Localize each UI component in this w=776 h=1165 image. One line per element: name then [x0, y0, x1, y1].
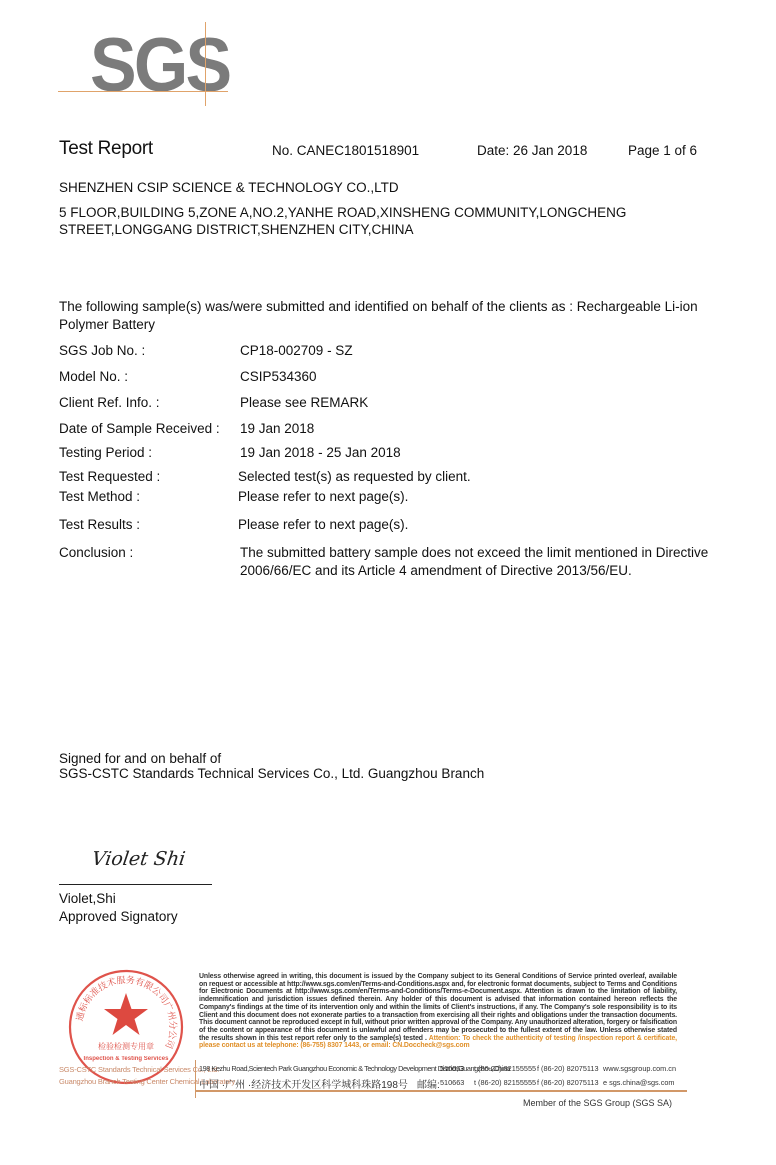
email-link[interactable]: e sgs.china@sgs.com: [603, 1078, 675, 1087]
field-value-job-no: CP18-002709 - SZ: [240, 342, 353, 360]
signing-company: SGS-CSTC Standards Technical Services Co…: [59, 765, 484, 783]
fax-cn: f (86-20) 82075113: [537, 1078, 599, 1087]
address-chinese: 中国 ·广州 ·经济技术开发区科学城科珠路198号: [199, 1076, 408, 1091]
sgs-logo: SGS: [58, 22, 228, 106]
field-label-test-requested: Test Requested :: [59, 468, 160, 486]
report-date: Date: 26 Jan 2018: [477, 143, 587, 158]
field-value-client-ref: Please see REMARK: [240, 394, 368, 412]
field-value-testing-period: 19 Jan 2018 - 25 Jan 2018: [240, 444, 401, 462]
postcode-cn: 510663: [440, 1078, 464, 1087]
handwritten-signature: Violet Shi: [90, 848, 186, 870]
sgs-group-membership: Member of the SGS Group (SGS SA): [523, 1098, 672, 1108]
field-label-job-no: SGS Job No. :: [59, 342, 145, 360]
field-value-conclusion-line2: 2006/66/EC and its Article 4 amendment o…: [240, 562, 632, 580]
sample-intro-line2: Polymer Battery: [59, 316, 155, 334]
field-label-client-ref: Client Ref. Info. :: [59, 394, 160, 412]
field-label-test-results: Test Results :: [59, 516, 140, 534]
svg-text:Inspection & Testing Services: Inspection & Testing Services: [84, 1056, 170, 1062]
field-value-test-results: Please refer to next page(s).: [238, 516, 408, 534]
field-value-date-received: 19 Jan 2018: [240, 420, 314, 438]
footer-vertical-rule: [195, 1060, 196, 1098]
field-value-test-method: Please refer to next page(s).: [238, 488, 408, 506]
field-label-date-received: Date of Sample Received :: [59, 420, 220, 438]
svg-text:检验检测专用章: 检验检测专用章: [98, 1041, 154, 1051]
page-indicator: Page 1 of 6: [628, 143, 697, 158]
terms-text: Unless otherwise agreed in writing, this…: [199, 973, 677, 1042]
field-label-test-method: Test Method :: [59, 488, 140, 506]
telephone-en: t (86-20) 82155555: [474, 1064, 536, 1073]
field-value-conclusion-line1: The submitted battery sample does not ex…: [240, 544, 708, 562]
postcode-en: 510663: [440, 1064, 464, 1073]
report-title: Test Report: [59, 138, 153, 160]
field-value-model-no: CSIP534360: [240, 368, 317, 386]
signatory-role: Approved Signatory: [59, 908, 178, 926]
logo-vertical-rule: [205, 22, 206, 106]
sample-intro-line1: The following sample(s) was/were submitt…: [59, 298, 698, 316]
postcode-label-cn: 邮编:: [417, 1076, 440, 1091]
client-address-line2: STREET,LONGGANG DISTRICT,SHENZHEN CITY,C…: [59, 221, 414, 239]
signature-line: [59, 884, 212, 885]
fax-en: f (86-20) 82075113: [537, 1064, 599, 1073]
signatory-name: Violet,Shi: [59, 890, 116, 908]
field-label-model-no: Model No. :: [59, 368, 128, 386]
client-address-line1: 5 FLOOR,BUILDING 5,ZONE A,NO.2,YANHE ROA…: [59, 204, 626, 222]
field-label-testing-period: Testing Period :: [59, 444, 152, 462]
telephone-cn: t (86-20) 82155555: [474, 1078, 536, 1087]
report-number: No. CANEC1801518901: [272, 143, 419, 158]
client-name: SHENZHEN CSIP SCIENCE & TECHNOLOGY CO.,L…: [59, 179, 399, 197]
logo-horizontal-rule: [58, 91, 228, 92]
field-value-test-requested: Selected test(s) as requested by client.: [238, 468, 471, 486]
website-link[interactable]: www.sgsgroup.com.cn: [603, 1064, 676, 1073]
terms-and-conditions: Unless otherwise agreed in writing, this…: [199, 973, 677, 1050]
sgs-logo-text: SGS: [90, 24, 229, 108]
field-label-conclusion: Conclusion :: [59, 544, 133, 562]
